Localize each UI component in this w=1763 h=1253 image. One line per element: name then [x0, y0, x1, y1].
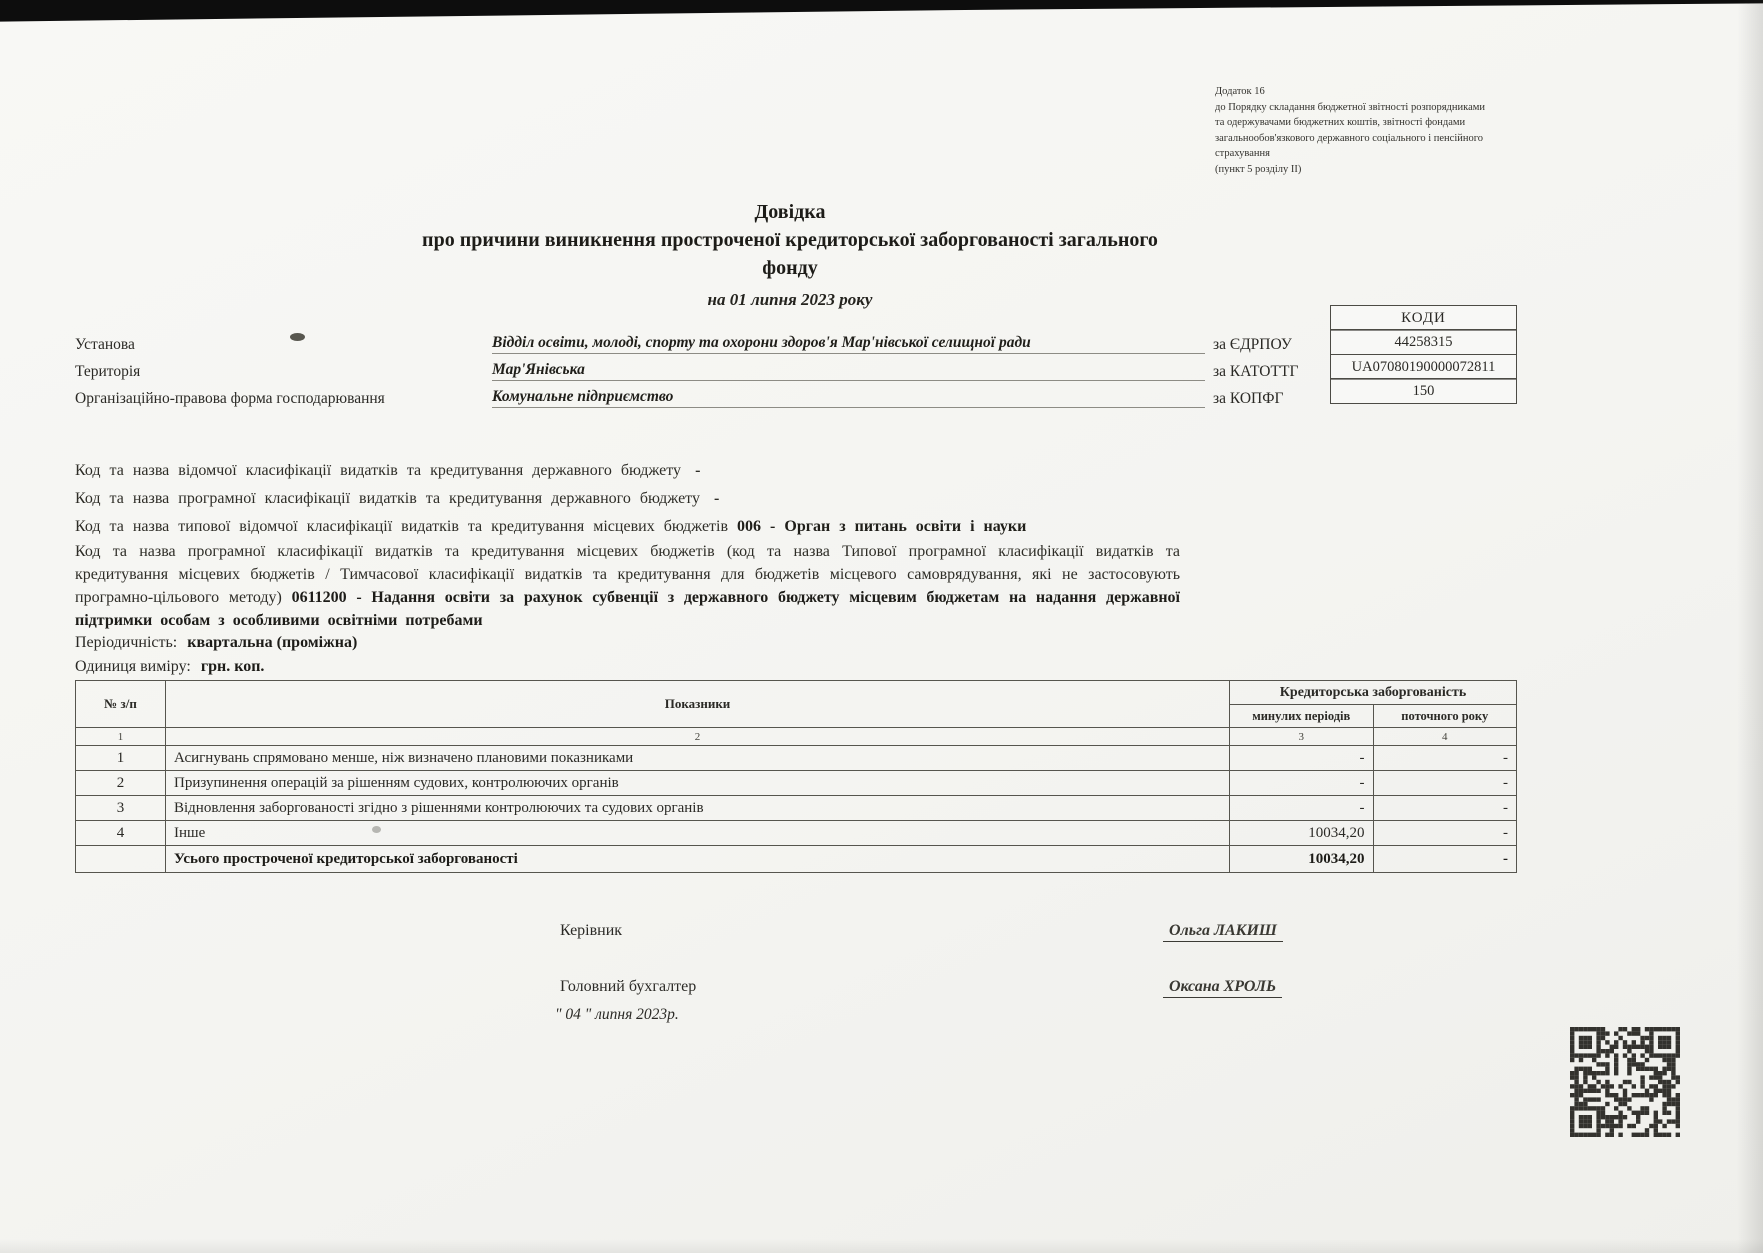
col-number: 2 — [166, 728, 1230, 746]
scan-right-shadow — [1737, 0, 1763, 1253]
field-row-institution: Установа Відділ освіти, молоді, спорту т… — [75, 336, 1517, 360]
col-number: 1 — [76, 728, 166, 746]
program-classification-paragraph: Код та назва програмної класифікації вид… — [75, 540, 1180, 632]
column-number-row: 1 2 3 4 — [76, 728, 1517, 746]
classification-line: Код та назва програмної класифікації вид… — [75, 490, 1335, 508]
row-past-value: - — [1230, 796, 1374, 821]
col-header-indicators: Показники — [166, 681, 1230, 728]
document-subtitle: про причини виникнення простроченої кред… — [75, 226, 1505, 254]
col-header-past-periods: минулих періодів — [1230, 705, 1374, 728]
code-label: за КОПФГ — [1213, 390, 1283, 408]
row-num: 4 — [76, 821, 166, 846]
classification-code: 006 - Орган з питань освіти і науки — [737, 518, 1026, 535]
code-label: за КАТОТТГ — [1213, 363, 1298, 381]
appendix-line: Додаток 16 — [1215, 84, 1545, 100]
appendix-line: до Порядку складання бюджетної звітності… — [1215, 100, 1545, 116]
row-indicator: Призупинення операцій за рішенням судови… — [166, 771, 1230, 796]
col-number: 4 — [1373, 728, 1517, 746]
row-current-value: - — [1373, 796, 1517, 821]
signature-name: Ольга ЛАКИШ — [1163, 922, 1283, 942]
row-past-value: 10034,20 — [1230, 821, 1374, 846]
row-indicator: Асигнувань спрямовано менше, ніж визначе… — [166, 746, 1230, 771]
field-value: Відділ освіти, молоді, спорту та охорони… — [492, 334, 1205, 354]
total-past-value: 10034,20 — [1230, 846, 1374, 873]
signature-row-head: Керівник Ольга ЛАКИШ — [560, 922, 1460, 940]
row-current-value: - — [1373, 771, 1517, 796]
classification-code: - — [714, 490, 719, 507]
field-label: Організаційно-правова форма господарюван… — [75, 390, 385, 408]
classification-code: - — [695, 462, 700, 479]
classification-text: Код та назва програмної класифікації вид… — [75, 490, 700, 507]
col-header-num: № з/п — [76, 681, 166, 728]
scan-top-edge — [0, 0, 1763, 24]
row-num: 2 — [76, 771, 166, 796]
field-label: Установа — [75, 336, 135, 354]
classification-text: Код та назва відомчої класифікації видат… — [75, 462, 681, 479]
appendix-line: та одержувачами бюджетних коштів, звітно… — [1215, 115, 1545, 131]
col-number: 3 — [1230, 728, 1374, 746]
total-num-empty — [76, 846, 166, 873]
signature-date: " 04 " липня 2023р. — [555, 1006, 679, 1024]
col-header-current-year: поточного року — [1373, 705, 1517, 728]
row-current-value: - — [1373, 746, 1517, 771]
field-value: Мар'Янівська — [492, 361, 1205, 381]
table-row: 2 Призупинення операцій за рішенням судо… — [76, 771, 1517, 796]
signature-row-accountant: Головний бухгалтер Оксана ХРОЛЬ — [560, 978, 1460, 996]
field-label: Територія — [75, 363, 140, 381]
table-row: 1 Асигнувань спрямовано менше, ніж визна… — [76, 746, 1517, 771]
appendix-line: (пункт 5 розділу ІІ) — [1215, 162, 1545, 178]
periodicity-label: Періодичність: — [75, 634, 177, 651]
document-type: Довідка — [75, 198, 1505, 226]
classification-text: Код та назва типової відомчої класифікац… — [75, 518, 728, 535]
report-date: на 01 липня 2023 року — [75, 290, 1505, 310]
signature-role: Головний бухгалтер — [560, 978, 696, 995]
signature-name: Оксана ХРОЛЬ — [1163, 978, 1282, 998]
classification-line: Код та назва відомчої класифікації видат… — [75, 462, 1335, 480]
row-indicator: Інше — [166, 821, 1230, 846]
table-total-row: Усього простроченої кредиторської заборг… — [76, 846, 1517, 873]
row-current-value: - — [1373, 821, 1517, 846]
document-subtitle: фонду — [75, 254, 1505, 282]
scan-bottom-shadow — [0, 1239, 1763, 1253]
code-label: за ЄДРПОУ — [1213, 336, 1292, 354]
periodicity-value: квартальна (проміжна) — [187, 634, 357, 651]
table-row: 3 Відновлення заборгованості згідно з рі… — [76, 796, 1517, 821]
qr-code — [1570, 1027, 1680, 1137]
scanned-document-page: Додаток 16 до Порядку складання бюджетно… — [0, 0, 1763, 1253]
appendix-line: страхування — [1215, 146, 1545, 162]
codes-header: КОДИ — [1330, 305, 1517, 331]
classification-line: Код та назва типової відомчої класифікац… — [75, 518, 1335, 536]
document-title-block: Довідка про причини виникнення простроче… — [75, 198, 1505, 310]
appendix-reference: Додаток 16 до Порядку складання бюджетно… — [1215, 84, 1545, 177]
periodicity-line: Періодичність:квартальна (проміжна) — [75, 634, 357, 652]
row-past-value: - — [1230, 771, 1374, 796]
field-row-territory: Територія Мар'Янівська за КАТОТТГ — [75, 363, 1517, 387]
row-num: 1 — [76, 746, 166, 771]
qr-code-icon — [1570, 1027, 1680, 1137]
signature-role: Керівник — [560, 922, 622, 939]
col-header-group: Кредиторська заборгованість — [1230, 681, 1517, 705]
row-past-value: - — [1230, 746, 1374, 771]
creditor-debt-table: № з/п Показники Кредиторська заборговані… — [75, 680, 1517, 873]
row-num: 3 — [76, 796, 166, 821]
unit-label: Одиниця виміру: — [75, 658, 191, 675]
total-current-value: - — [1373, 846, 1517, 873]
appendix-line: загальнообов'язкового державного соціаль… — [1215, 131, 1545, 147]
field-row-legal-form: Організаційно-правова форма господарюван… — [75, 390, 1517, 414]
table-row: 4 Інше 10034,20 - — [76, 821, 1517, 846]
unit-value: грн. коп. — [201, 658, 265, 675]
field-value: Комунальне підприємство — [492, 388, 1205, 408]
unit-line: Одиниця виміру:грн. коп. — [75, 658, 264, 676]
total-indicator: Усього простроченої кредиторської заборг… — [166, 846, 1230, 873]
row-indicator: Відновлення заборгованості згідно з ріше… — [166, 796, 1230, 821]
